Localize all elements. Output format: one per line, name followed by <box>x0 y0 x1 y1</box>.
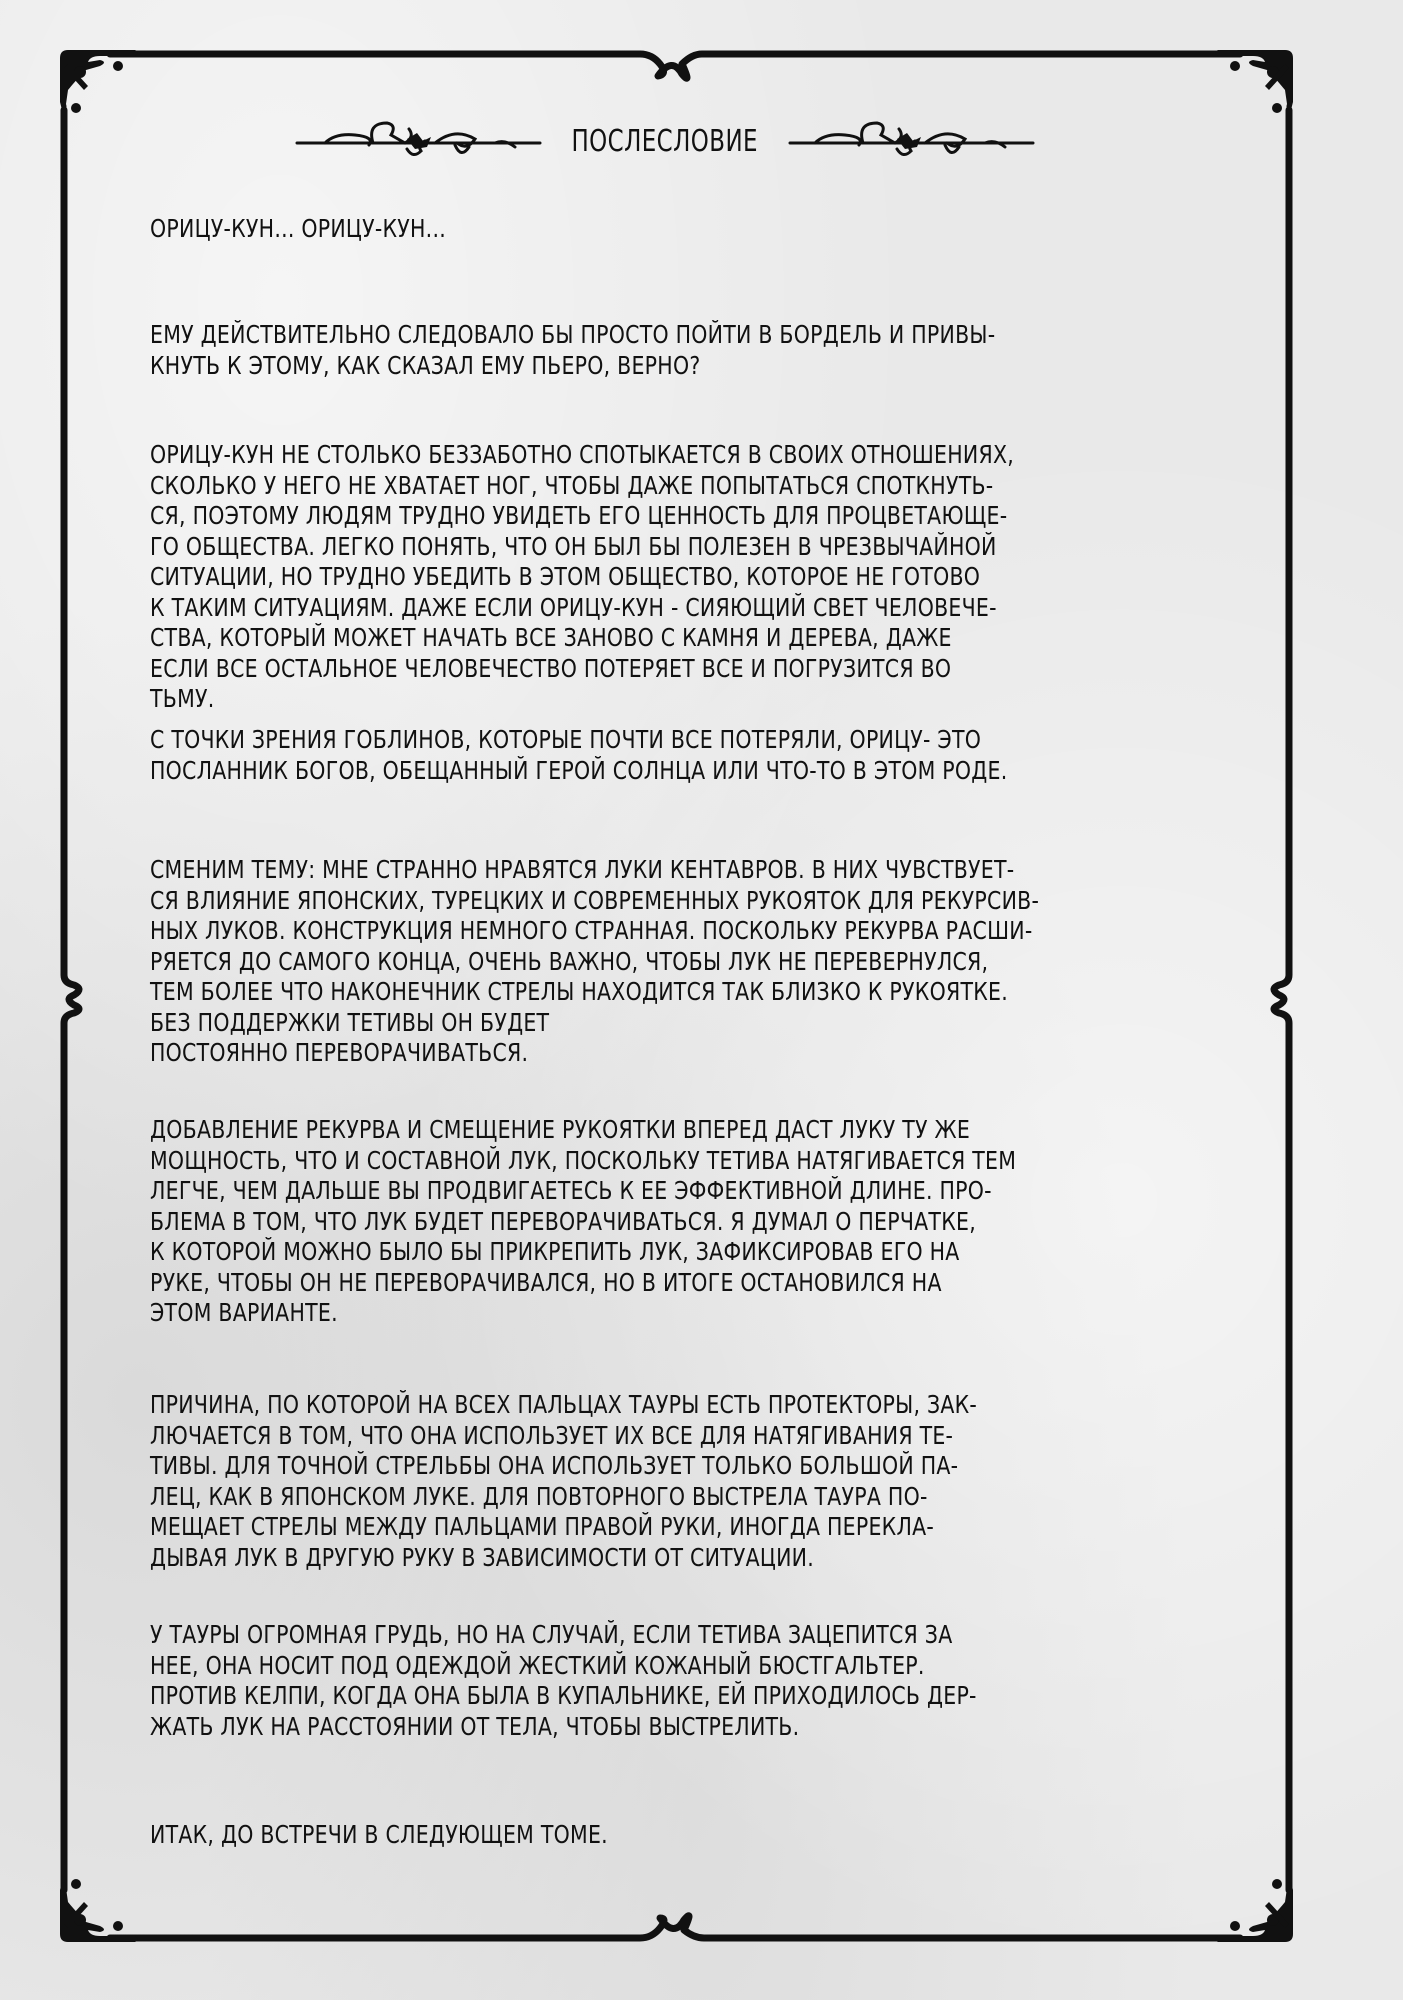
text-line: СЯ ВЛИЯНИЕ ЯПОНСКИХ, ТУРЕЦКИХ И СОВРЕМЕН… <box>150 886 1039 917</box>
text-line: ТИВЫ. ДЛЯ ТОЧНОЙ СТРЕЛЬБЫ ОНА ИСПОЛЬЗУЕТ… <box>150 1451 977 1482</box>
text-line: ДЫВАЯ ЛУК В ДРУГУЮ РУКУ В ЗАВИСИМОСТИ ОТ… <box>150 1543 977 1574</box>
page-title: ПОСЛЕСЛОВИЕ <box>572 124 758 159</box>
paragraph: У ТАУРЫ ОГРОМНАЯ ГРУДЬ, НО НА СЛУЧАЙ, ЕС… <box>150 1620 1158 1742</box>
text-line: ТЬМУ. <box>150 684 1014 715</box>
text-line: СТВА, КОТОРЫЙ МОЖЕТ НАЧАТЬ ВСЕ ЗАНОВО С … <box>150 623 1014 654</box>
text-line: СИТУАЦИИ, НО ТРУДНО УБЕДИТЬ В ЭТОМ ОБЩЕС… <box>150 562 1014 593</box>
text-line: ПОСЛАННИК БОГОВ, ОБЕЩАННЫЙ ГЕРОЙ СОЛНЦА … <box>150 756 1008 787</box>
text-line: ПРИЧИНА, ПО КОТОРОЙ НА ВСЕХ ПАЛЬЦАХ ТАУР… <box>150 1390 977 1421</box>
paragraph: ОРИЦУ-КУН... ОРИЦУ-КУН... <box>150 214 511 245</box>
text-line: У ТАУРЫ ОГРОМНАЯ ГРУДЬ, НО НА СЛУЧАЙ, ЕС… <box>150 1620 977 1651</box>
text-line: СЯ, ПОЭТОМУ ЛЮДЯМ ТРУДНО УВИДЕТЬ ЕГО ЦЕН… <box>150 501 1014 532</box>
text-line: ИТАК, ДО ВСТРЕЧИ В СЛЕДУЮЩЕМ ТОМЕ. <box>150 1820 608 1851</box>
paragraph: ЕМУ ДЕЙСТВИТЕЛЬНО СЛЕДОВАЛО БЫ ПРОСТО ПО… <box>150 320 1181 381</box>
text-line: МОЩНОСТЬ, ЧТО И СОСТАВНОЙ ЛУК, ПОСКОЛЬКУ… <box>150 1146 1016 1177</box>
text-line: ЕСЛИ ВСЕ ОСТАЛЬНОЕ ЧЕЛОВЕЧЕСТВО ПОТЕРЯЕТ… <box>150 654 1014 685</box>
text-line: СМЕНИМ ТЕМУ: МНЕ СТРАННО НРАВЯТСЯ ЛУКИ К… <box>150 855 1039 886</box>
paragraph: ОРИЦУ-КУН НЕ СТОЛЬКО БЕЗЗАБОТНО СПОТЫКАЕ… <box>150 440 1204 715</box>
text-line: БЕЗ ПОДДЕРЖКИ ТЕТИВЫ ОН БУДЕТ <box>150 1008 1039 1039</box>
text-line: ГО ОБЩЕСТВА. ЛЕГКО ПОНЯТЬ, ЧТО ОН БЫЛ БЫ… <box>150 532 1014 563</box>
flourish-left-icon <box>295 121 545 161</box>
text-line: БЛЕМА В ТОМ, ЧТО ЛУК БУДЕТ ПЕРЕВОРАЧИВАТ… <box>150 1207 1016 1238</box>
text-line: С ТОЧКИ ЗРЕНИЯ ГОБЛИНОВ, КОТОРЫЕ ПОЧТИ В… <box>150 725 1008 756</box>
paragraph: С ТОЧКИ ЗРЕНИЯ ГОБЛИНОВ, КОТОРЫЕ ПОЧТИ В… <box>150 725 1196 786</box>
text-line: ЖАТЬ ЛУК НА РАССТОЯНИИ ОТ ТЕЛА, ЧТОБЫ ВЫ… <box>150 1712 977 1743</box>
text-line: КНУТЬ К ЭТОМУ, КАК СКАЗАЛ ЕМУ ПЬЕРО, ВЕР… <box>150 351 995 382</box>
text-line: ЛЮЧАЕТСЯ В ТОМ, ЧТО ОНА ИСПОЛЬЗУЕТ ИХ ВС… <box>150 1421 977 1452</box>
text-line: ЭТОМ ВАРИАНТЕ. <box>150 1298 1016 1329</box>
corner-ornament-top-left <box>60 50 138 113</box>
text-line: НЫХ ЛУКОВ. КОНСТРУКЦИЯ НЕМНОГО СТРАННАЯ.… <box>150 916 1039 947</box>
text-line: ОРИЦУ-КУН НЕ СТОЛЬКО БЕЗЗАБОТНО СПОТЫКАЕ… <box>150 440 1014 471</box>
text-line: ДОБАВЛЕНИЕ РЕКУРВА И СМЕЩЕНИЕ РУКОЯТКИ В… <box>150 1115 1016 1146</box>
text-line: РУКЕ, ЧТОБЫ ОН НЕ ПЕРЕВОРАЧИВАЛСЯ, НО В … <box>150 1268 1016 1299</box>
text-line: ЛЕГЧЕ, ЧЕМ ДАЛЬШЕ ВЫ ПРОДВИГАЕТЕСЬ К ЕЕ … <box>150 1176 1016 1207</box>
title-row: ПОСЛЕСЛОВИЕ <box>275 118 1055 164</box>
text-line: ПРОТИВ КЕЛПИ, КОГДА ОНА БЫЛА В КУПАЛЬНИК… <box>150 1681 977 1712</box>
text-line: ОРИЦУ-КУН... ОРИЦУ-КУН... <box>150 214 446 245</box>
corner-ornament-bottom-left <box>60 1879 138 1942</box>
text-line: ПОСТОЯННО ПЕРЕВОРАЧИВАТЬСЯ. <box>150 1038 1039 1069</box>
corner-ornament-bottom-right <box>1216 1879 1294 1942</box>
text-line: РЯЕТСЯ ДО САМОГО КОНЦА, ОЧЕНЬ ВАЖНО, ЧТО… <box>150 947 1039 978</box>
text-line: НЕЕ, ОНА НОСИТ ПОД ОДЕЖДОЙ ЖЕСТКИЙ КОЖАН… <box>150 1651 977 1682</box>
text-line: К КОТОРОЙ МОЖНО БЫЛО БЫ ПРИКРЕПИТЬ ЛУК, … <box>150 1237 1016 1268</box>
text-line: СКОЛЬКО У НЕГО НЕ ХВАТАЕТ НОГ, ЧТОБЫ ДАЖ… <box>150 471 1014 502</box>
text-line: ЛЕЦ, КАК В ЯПОНСКОМ ЛУКЕ. ДЛЯ ПОВТОРНОГО… <box>150 1482 977 1513</box>
text-line: ТЕМ БОЛЕЕ ЧТО НАКОНЕЧНИК СТРЕЛЫ НАХОДИТС… <box>150 977 1039 1008</box>
text-line: ЕМУ ДЕЙСТВИТЕЛЬНО СЛЕДОВАЛО БЫ ПРОСТО ПО… <box>150 320 995 351</box>
paragraph: ПРИЧИНА, ПО КОТОРОЙ НА ВСЕХ ПАЛЬЦАХ ТАУР… <box>150 1390 1159 1573</box>
text-line: К ТАКИМ СИТУАЦИЯМ. ДАЖЕ ЕСЛИ ОРИЦУ-КУН -… <box>150 593 1014 624</box>
paragraph: ДОБАВЛЕНИЕ РЕКУРВА И СМЕЩЕНИЕ РУКОЯТКИ В… <box>150 1115 1206 1329</box>
paragraph: ИТАК, ДО ВСТРЕЧИ В СЛЕДУЮЩЕМ ТОМЕ. <box>150 1820 708 1851</box>
paragraph: СМЕНИМ ТЕМУ: МНЕ СТРАННО НРАВЯТСЯ ЛУКИ К… <box>150 855 1234 1069</box>
flourish-right-icon <box>785 121 1035 161</box>
corner-ornament-top-right <box>1216 50 1294 113</box>
text-line: МЕЩАЕТ СТРЕЛЫ МЕЖДУ ПАЛЬЦАМИ ПРАВОЙ РУКИ… <box>150 1512 977 1543</box>
